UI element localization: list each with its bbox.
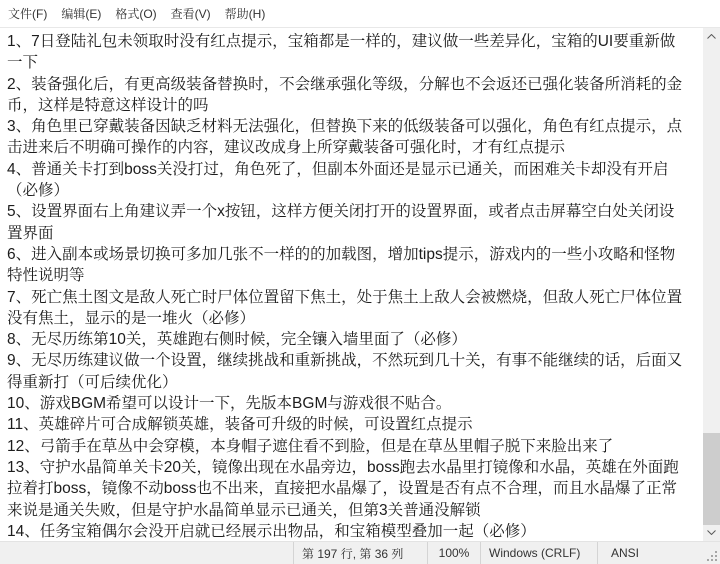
scroll-up-button[interactable] xyxy=(703,28,720,45)
editor-line: 5、设置界面右上角建议弄一个x按钮，这样方便关闭打开的设置界面，或者点击屏幕空白… xyxy=(7,201,703,222)
editor-lines: 1、7日登陆礼包未领取时没有红点提示，宝箱都是一样的，建议做一些差异化，宝箱的U… xyxy=(0,28,703,541)
editor-line: 3、角色里已穿戴装备因缺乏材料无法强化，但替换下来的低级装备可以强化，角色有红点… xyxy=(7,116,703,137)
menu-item-format[interactable]: 格式(O) xyxy=(108,0,163,27)
editor-line: 14、任务宝箱偶尔会没开启就已经展示出物品，和宝箱模型叠加一起（必修） xyxy=(7,521,703,541)
editor-line: 10、游戏BGM希望可以设计一下，先版本BGM与游戏很不贴合。 xyxy=(7,393,703,414)
menu-item-help[interactable]: 帮助(H) xyxy=(218,0,273,27)
editor-line: 11、英雄碎片可合成解锁英雄，装备可升级的时候，可设置红点提示 xyxy=(7,414,703,435)
editor-line: 2、装备强化后，有更高级装备替换时，不会继承强化等级，分解也不会返还已强化装备所… xyxy=(7,74,703,95)
editor-line: 币，这样是特意这样设计的吗 xyxy=(7,95,703,116)
editor-line: （必修） xyxy=(7,180,703,201)
scrollbar-thumb[interactable] xyxy=(703,433,720,525)
vertical-scrollbar[interactable] xyxy=(703,28,720,541)
menubar: 文件(F) 编辑(E) 格式(O) 查看(V) 帮助(H) xyxy=(0,0,720,28)
editor-line: 6、进入副本或场景切换可多加几张不一样的的加载图，增加tips提示，游戏内的一些… xyxy=(7,244,703,265)
menu-item-file[interactable]: 文件(F) xyxy=(1,0,54,27)
editor-line: 一下 xyxy=(7,52,703,73)
editor-line: 1、7日登陆礼包未领取时没有红点提示，宝箱都是一样的，建议做一些差异化，宝箱的U… xyxy=(7,31,703,52)
editor-line: 9、无尽历练建议做一个设置，继续挑战和重新挑战，不然玩到几十关，有事不能继续的话… xyxy=(7,350,703,371)
chevron-down-icon xyxy=(707,530,716,535)
editor-line: 拉着打boss，镜像不动boss也不出来，直接把水晶爆了，设置是否有点不合理，而… xyxy=(7,478,703,499)
editor-line: 置界面 xyxy=(7,223,703,244)
resize-grip-icon[interactable] xyxy=(706,550,717,561)
scrollbar-track[interactable] xyxy=(703,45,720,524)
editor-line: 特性说明等 xyxy=(7,265,703,286)
menu-item-edit[interactable]: 编辑(E) xyxy=(54,0,108,27)
editor-line: 7、死亡焦土图文是敌人死亡时尸体位置留下焦土，处于焦土上敌人会被燃烧，但敌人死亡… xyxy=(7,287,703,308)
editor-line: 得重新打（可后续优化） xyxy=(7,372,703,393)
notepad-window: 文件(F) 编辑(E) 格式(O) 查看(V) 帮助(H) 1、7日登陆礼包未领… xyxy=(0,0,720,564)
text-editor-area[interactable]: 1、7日登陆礼包未领取时没有红点提示，宝箱都是一样的，建议做一些差异化，宝箱的U… xyxy=(0,28,703,541)
status-cursor-position: 第 197 行, 第 36 列 xyxy=(293,542,427,564)
status-encoding: ANSI xyxy=(597,542,720,564)
status-encoding-label: ANSI xyxy=(611,546,639,560)
editor-line: 没有焦土，显示的是一堆火（必修） xyxy=(7,308,703,329)
menu-item-view[interactable]: 查看(V) xyxy=(164,0,218,27)
editor-line: 8、无尽历练第10关，英雄跑右侧时候，完全镶入墙里面了（必修） xyxy=(7,329,703,350)
status-line-ending: Windows (CRLF) xyxy=(480,542,597,564)
editor-line: 13、守护水晶简单关卡20关，镜像出现在水晶旁边，boss跑去水晶里打镜像和水晶… xyxy=(7,457,703,478)
scroll-down-button[interactable] xyxy=(703,524,720,541)
chevron-up-icon xyxy=(707,34,716,39)
editor-line: 来说是通关失败，但是守护水晶简单显示已通关，但第3关普通没解锁 xyxy=(7,500,703,521)
status-zoom-level: 100% xyxy=(427,542,480,564)
editor-line: 击进来后不明确可操作的内容，建议改成身上所穿戴装备可强化时，才有红点提示 xyxy=(7,137,703,158)
editor-line: 4、普通关卡打到boss关没打过，角色死了，但副本外面还是显示已通关，而困难关卡… xyxy=(7,159,703,180)
editor-line: 12、弓箭手在草丛中会穿模，本身帽子遮住看不到脸，但是在草丛里帽子脱下来脸出来了 xyxy=(7,436,703,457)
status-spacer xyxy=(0,542,293,564)
main-area: 1、7日登陆礼包未领取时没有红点提示，宝箱都是一样的，建议做一些差异化，宝箱的U… xyxy=(0,28,720,541)
status-bar: 第 197 行, 第 36 列 100% Windows (CRLF) ANSI xyxy=(0,541,720,564)
